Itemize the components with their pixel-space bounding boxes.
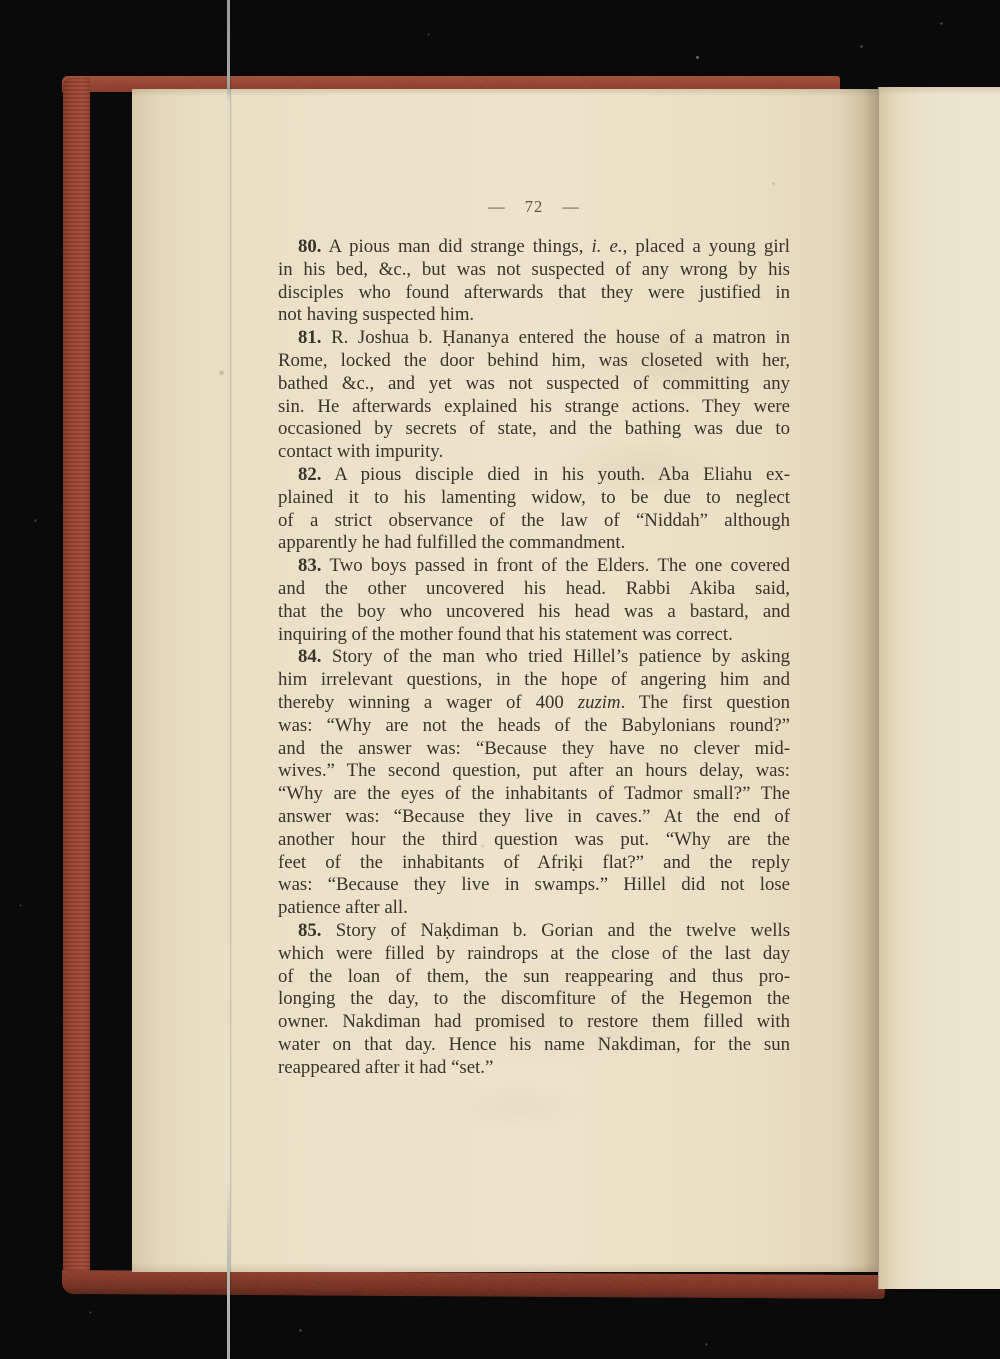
text-line: was: “Why are not the heads of the Babyl… — [278, 715, 790, 738]
text-line: of a strict observance of the law of “Ni… — [278, 510, 790, 533]
book-cover-bottom-edge — [62, 1270, 885, 1299]
gutter-shadow — [838, 89, 878, 1272]
text-line: sin. He afterwards explained his strange… — [278, 396, 790, 419]
text-line: and the other uncovered his head. Rabbi … — [278, 578, 790, 601]
text-line: inquiring of the mother found that his s… — [278, 624, 790, 647]
text-line: owner. Nakdiman had promised to restore … — [278, 1011, 790, 1034]
paragraph-82: 82. A pious disciple died in his youth. … — [278, 464, 790, 555]
text-line: him irrelevant questions, in the hope of… — [278, 669, 790, 692]
text-line: that the boy who uncovered his head was … — [278, 601, 790, 624]
text-line: apparently he had fulfilled the commandm… — [278, 532, 790, 555]
text-line: 82. A pious disciple died in his youth. … — [278, 464, 790, 487]
book-cover-left-edge — [63, 78, 90, 1293]
paragraph-85: 85. Story of Naḳdiman b. Gorian and the … — [278, 920, 790, 1080]
text-line: thereby winning a wager of 400 zuzim. Th… — [278, 692, 790, 715]
text-line: was: “Because they live in swamps.” Hill… — [278, 874, 790, 897]
text-line: feet of the inhabitants of Afriḳi flat?”… — [278, 852, 790, 875]
text-line: 81. R. Joshua b. Ḥananya entered the hou… — [278, 327, 790, 350]
text-line: contact with impurity. — [278, 441, 790, 464]
text-line: occasioned by secrets of state, and the … — [278, 418, 790, 441]
text-line: water on that day. Hence his name Nakdim… — [278, 1034, 790, 1057]
text-line: Rome, locked the door behind him, was cl… — [278, 350, 790, 373]
text-line: which were filled by raindrops at the cl… — [278, 943, 790, 966]
text-line: “Why are the eyes of the inhabitants of … — [278, 783, 790, 806]
dust-specks — [0, 0, 1, 1]
text-line: of the loan of them, the sun reappearing… — [278, 966, 790, 989]
text-line: not having suspected him. — [278, 304, 790, 327]
text-line: and the answer was: “Because they have n… — [278, 738, 790, 761]
page-number: — 72 — — [278, 197, 790, 217]
text-line: reappeared after it had “set.” — [278, 1057, 790, 1080]
text-line: 85. Story of Naḳdiman b. Gorian and the … — [278, 920, 790, 943]
page-edge-stack — [88, 88, 134, 1274]
text-line: bathed &c., and yet was not suspected of… — [278, 373, 790, 396]
photo-background: — 72 — 80. A pious man did strange thing… — [0, 0, 1000, 1359]
paragraph-83: 83. Two boys passed in front of the Elde… — [278, 555, 790, 646]
paragraph-81: 81. R. Joshua b. Ḥananya entered the hou… — [278, 327, 790, 464]
text-line: disciples who found afterwards that they… — [278, 282, 790, 305]
text-body: 80. A pious man did strange things, i. e… — [278, 236, 790, 1079]
page-holder-string — [227, 0, 230, 1359]
text-line: 80. A pious man did strange things, i. e… — [278, 236, 790, 259]
text-line: wives.” The second question, put after a… — [278, 760, 790, 783]
text-line: patience after all. — [278, 897, 790, 920]
text-line: 83. Two boys passed in front of the Elde… — [278, 555, 790, 578]
text-line: answer was: “Because they live in caves.… — [278, 806, 790, 829]
text-line: another hour the third question was put.… — [278, 829, 790, 852]
text-line: in his bed, &c., but was not suspected o… — [278, 259, 790, 282]
text-line: 84. Story of the man who tried Hillel’s … — [278, 646, 790, 669]
facing-page — [878, 87, 1000, 1289]
paragraph-84: 84. Story of the man who tried Hillel’s … — [278, 646, 790, 920]
paragraph-80: 80. A pious man did strange things, i. e… — [278, 236, 790, 327]
text-line: plained it to his lamenting widow, to be… — [278, 487, 790, 510]
printed-text-block: — 72 — 80. A pious man did strange thing… — [278, 197, 790, 1079]
text-line: longing the day, to the discomfiture of … — [278, 988, 790, 1011]
